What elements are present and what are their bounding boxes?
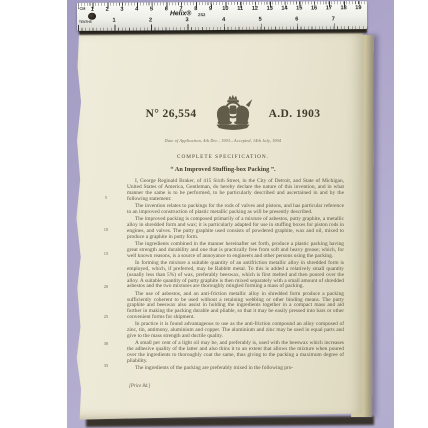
paragraph: The invention relates to packings for th…	[127, 204, 344, 216]
ruler-cm-number: 5	[150, 6, 153, 12]
ruler-tenths-number: 6	[295, 16, 298, 22]
margin-line-number: 35	[99, 363, 113, 368]
ruler-tenths-number: 2	[149, 17, 152, 23]
ruler-cm-number: 13	[267, 5, 273, 11]
paragraph: The ingredients combined in the manner h…	[127, 242, 344, 260]
paragraph: A small per cent of a light oil may be, …	[127, 341, 344, 364]
ruler-cm-number: 6	[165, 6, 168, 12]
margin-line-number: 10	[99, 227, 113, 232]
ruler-cm-number: 17	[326, 5, 332, 11]
ruler-cm-number: 11	[237, 5, 243, 11]
ruler-tenths-number: 5	[259, 17, 262, 23]
margin-line-number: 30	[99, 341, 113, 346]
paragraph: I, George Reginald Braker, of 415 Sixth …	[127, 179, 344, 202]
ruler-cm-number: 10	[222, 6, 228, 12]
ruler-tenths-number: 1	[112, 17, 115, 23]
paragraph: In forming the mixture a suitable quanti…	[127, 261, 344, 290]
tenths-unit-label: TENTHS	[79, 19, 92, 23]
margin-line-number: 5	[99, 195, 113, 200]
photo-of-patent-document: N° 26,554 A.D. 1903 Date of Applic	[0, 0, 428, 428]
helix-ruler: CM TENTHS Helix® ZS2 1234567891011121314…	[77, 1, 367, 31]
application-date-line: Date of Application, 4th Dec., 1903—Acce…	[102, 138, 344, 143]
ruler-tenths-number: 7	[332, 16, 335, 22]
printed-content: N° 26,554 A.D. 1903 Date of Applic	[72, 32, 364, 420]
document-body: I, George Reginald Braker, of 415 Sixth …	[127, 179, 344, 374]
ruler-cm-number: 14	[281, 5, 287, 11]
ruler-cm-number: 18	[340, 5, 346, 11]
ruler-cm-number: 1	[91, 6, 94, 12]
paragraph: The improved packing is composed primari…	[127, 217, 344, 240]
ruler-model-code: ZS2	[198, 12, 205, 17]
price-note: [Price 8d.]	[129, 384, 150, 389]
ruler-cm-number: 3	[120, 6, 123, 12]
patent-header: N° 26,554 A.D. 1903	[122, 90, 344, 138]
ruler-cm-number: 19	[355, 5, 361, 11]
margin-line-number: 25	[99, 314, 113, 319]
patent-year: A.D. 1903	[269, 108, 321, 120]
ruler-hanging-hole	[88, 12, 96, 20]
cm-unit-label: CM	[79, 7, 85, 11]
paragraph: In practice it is found advantageous to …	[127, 322, 344, 340]
patent-first-page: N° 26,554 A.D. 1903 Date of Applic	[72, 32, 364, 420]
ruler-cm-number: 16	[311, 5, 317, 11]
margin-line-number: 20	[99, 284, 113, 289]
ruler-cm-number: 2	[106, 6, 109, 12]
ruler-tenths-number: 3	[186, 17, 189, 23]
ruler-cm-number: 7	[179, 6, 182, 12]
ruler-tenths-number: 4	[222, 17, 225, 23]
invention-title: “ An Improved Stuffing-box Packing ”.	[102, 166, 344, 173]
ruler-cm-number: 15	[296, 5, 302, 11]
ruler-cm-number: 12	[252, 5, 258, 11]
ruler-cm-number: 4	[135, 6, 138, 12]
section-heading: COMPLETE SPECIFICATION.	[102, 154, 344, 160]
paragraph: The use of asbestos, and an anti-frictio…	[127, 292, 344, 321]
patent-number: N° 26,554	[146, 108, 197, 120]
margin-line-number: 15	[99, 251, 113, 256]
royal-coat-of-arms-icon	[206, 94, 260, 134]
ruler-cm-number: 8	[194, 6, 197, 12]
ruler-cm-number: 9	[209, 6, 212, 12]
paragraph: The ingredients of the packing are prefe…	[127, 366, 344, 372]
